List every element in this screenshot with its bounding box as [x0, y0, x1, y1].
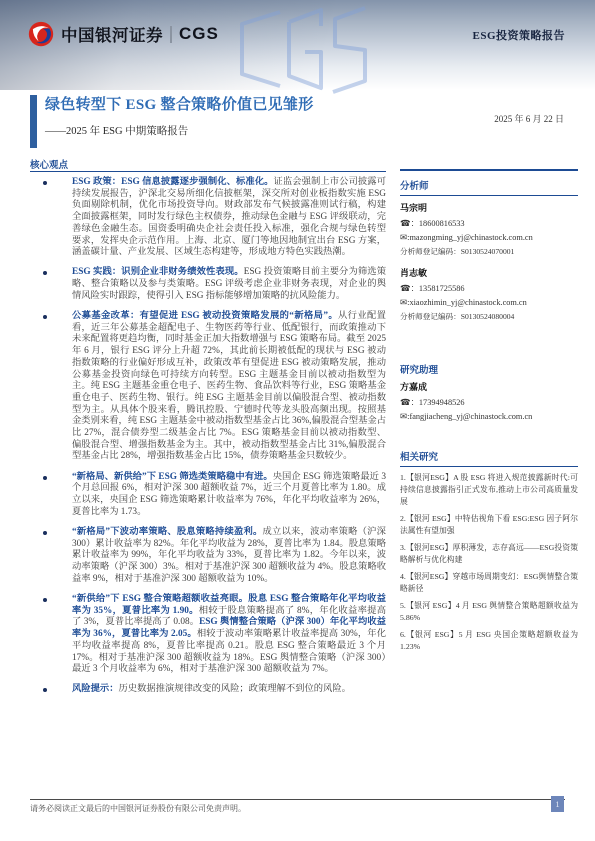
analyst-reg-label: 分析师登记编码：: [400, 247, 461, 256]
analysts-heading: 分析师: [400, 178, 578, 192]
report-page: 中国银河证券 CGS ESG投资策略报告 绿色转型下 ESG 整合策略价值已见雏…: [0, 0, 595, 841]
email-icon: ✉: [400, 411, 407, 421]
core-bullet-fund-reform: 公募基金改革：有望促进 ESG 被动投资策略发展的“新格局”。从行业配置看，近三…: [30, 311, 386, 463]
core-bullets: ESG 政策：ESG 信息披露逐步强制化、标准化。证监会强制上市公司披露可持续发…: [30, 177, 386, 705]
footer-rule: [30, 799, 565, 800]
phone-icon: ☎: [400, 218, 411, 228]
core-bullet-esg-policy: ESG 政策：ESG 信息披露逐步强制化、标准化。证监会强制上市公司披露可持续发…: [30, 177, 386, 259]
core-heading-rule: [30, 171, 386, 172]
report-date: 2025 年 6 月 22 日: [494, 112, 564, 125]
assistant-email[interactable]: fangjiacheng_yj@chinastock.com.cn: [409, 412, 532, 421]
analyst-name: 肖志敏: [400, 266, 578, 279]
assistant-email-row: ✉:fangjiacheng_yj@chinastock.com.cn: [400, 411, 578, 422]
analyst-phone-row: ☎：18600816533: [400, 217, 578, 229]
analyst-name: 马宗明: [400, 201, 578, 214]
analyst-reg-code: S0130524070001: [461, 247, 515, 256]
related-research-item: 5.【银河 ESG】4 月 ESG 舆情整合策略超额收益为5.86%: [400, 600, 578, 624]
analyst-reg-row: 分析师登记编码：S0130524070001: [400, 246, 578, 257]
bullet-lead-text: “新格局”下波动率策略、股息策略持续盈利。: [72, 527, 263, 537]
phone-icon: ☎: [400, 397, 411, 407]
email-icon: ✉: [400, 297, 407, 307]
cgs-watermark-icon: [225, 2, 375, 94]
analyst-email-row: ✉:mazongming_yj@chinastock.com.cn: [400, 232, 578, 243]
brand-name-cn: 中国银河证券: [61, 22, 163, 46]
bullet-lead-text: ESG 政策：ESG 信息披露逐步强制化、标准化。: [72, 177, 274, 187]
page-number-badge: 1: [551, 796, 564, 812]
analysts-heading-rule: [400, 195, 578, 196]
bullet-body-text: 历史数据推演规律改变的风险；政策理解不到位的风险。: [119, 684, 351, 694]
analyst-reg-code: S0130524080004: [461, 312, 515, 321]
phone-icon: ☎: [400, 283, 411, 293]
footer-disclaimer: 请务必阅读正文最后的中国银河证券股份有限公司免责声明。: [30, 803, 246, 814]
brand-divider: [170, 26, 172, 43]
bullet-lead-text: 风险提示：: [72, 684, 119, 694]
analyst-phone: 18600816533: [419, 219, 465, 228]
report-type-label: ESG投资策略报告: [472, 27, 565, 43]
related-research-heading: 相关研究: [400, 449, 578, 463]
bullet-lead-text: ESG 实践：识别企业非财务绩效性表现。: [72, 267, 244, 277]
assistant-heading: 研究助理: [400, 362, 578, 376]
analyst-email[interactable]: mazongming_yj@chinastock.com.cn: [409, 233, 532, 242]
analyst-phone: 13581725586: [419, 284, 465, 293]
core-bullet-volatility-dividend: “新格局”下波动率策略、股息策略持续盈利。成立以来，波动率策略（沪深 300）累…: [30, 527, 386, 586]
bullet-lead-text: “新格局、新供给”下 ESG 筛选类策略稳中有进。: [72, 472, 273, 482]
analyst-email-row: ✉:xiaozhimin_yj@chinastock.com.cn: [400, 297, 578, 308]
analyst-email[interactable]: xiaozhimin_yj@chinastock.com.cn: [409, 298, 526, 307]
header-band: 中国银河证券 CGS ESG投资策略报告: [0, 0, 595, 90]
core-bullet-integration-strategy: “新供给”下 ESG 整合策略超额收益亮眼。股息 ESG 整合策略年化平均收益率…: [30, 594, 386, 676]
related-heading-rule: [400, 466, 578, 467]
page-subtitle: ——2025 年 ESG 中期策略报告: [45, 123, 188, 138]
core-viewpoints-heading: 核心观点: [30, 157, 68, 171]
sidebar: 分析师 马宗明 ☎：18600816533 ✉:mazongming_yj@ch…: [400, 169, 578, 658]
assistant-phone-row: ☎：17394948526: [400, 396, 578, 408]
analyst-phone-row: ☎：13581725586: [400, 282, 578, 294]
bullet-body-text: 证监会强制上市公司披露可持续发展报告，沪深北交易所细化信披框架，深交所对创业板指…: [72, 177, 386, 257]
related-research-item: 2.【银河 ESG】中特估视角下看 ESG:ESG 因子阿尔法属性有望加强: [400, 513, 578, 537]
assistant-name: 方嘉成: [400, 380, 578, 393]
sidebar-top-rule: [400, 169, 578, 171]
assistant-phone: 17394948526: [419, 398, 465, 407]
email-icon: ✉: [400, 232, 407, 242]
bullet-body-text: 从行业配置看，近三年公募基金超配电子、生物医药等行业、低配银行，而政策推动下未来…: [72, 311, 386, 461]
page-title: 绿色转型下 ESG 整合策略价值已见雏形: [45, 93, 314, 114]
related-research-item: 4.【银河ESG】穿越市场周期变幻：ESG舆情整合策略新径: [400, 571, 578, 595]
analyst-reg-row: 分析师登记编码：S0130524080004: [400, 311, 578, 322]
related-research-item: 6.【银河 ESG】5 月 ESG 央国企策略超额收益为1.23%: [400, 629, 578, 653]
core-bullet-risk-warning: 风险提示：历史数据推演规律改变的风险；政策理解不到位的风险。: [30, 684, 386, 696]
core-bullet-screening-strategy: “新格局、新供给”下 ESG 筛选类策略稳中有进。央国企 ESG 筛选策略最近 …: [30, 472, 386, 519]
bullet-lead-text: 公募基金改革：有望促进 ESG 被动投资策略发展的“新格局”。: [72, 311, 338, 321]
analyst-reg-label: 分析师登记编码：: [400, 312, 461, 321]
related-research-item: 3.【银河ESG】厚积薄发，志存高远——ESG投资策略解析与优化构建: [400, 542, 578, 566]
analyst-card: 马宗明 ☎：18600816533 ✉:mazongming_yj@chinas…: [400, 201, 578, 257]
title-accent-bar: [30, 95, 37, 148]
brand-lockup: 中国银河证券 CGS: [28, 21, 219, 47]
galaxy-logo-icon: [28, 21, 54, 47]
brand-name-en: CGS: [179, 24, 219, 44]
related-research-item: 1.【银河ESG】A 股 ESG 将进入规范披露新时代:可持续信息披露指引正式发…: [400, 472, 578, 508]
core-bullet-esg-practice: ESG 实践：识别企业非财务绩效性表现。ESG 投资策略目前主要分为筛选策略、整…: [30, 267, 386, 302]
analyst-card: 肖志敏 ☎：13581725586 ✉:xiaozhimin_yj@chinas…: [400, 266, 578, 322]
assistant-card: 方嘉成 ☎：17394948526 ✉:fangjiacheng_yj@chin…: [400, 380, 578, 422]
